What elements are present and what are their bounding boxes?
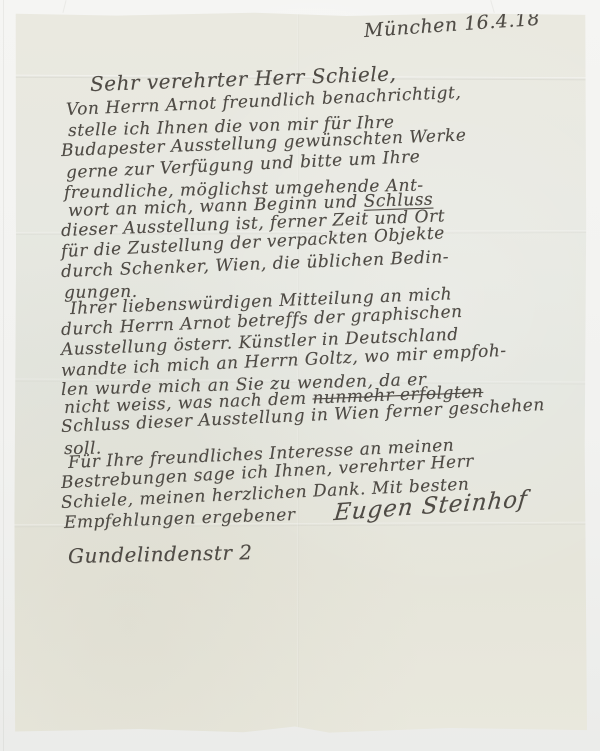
- backdrop-crease-right: [490, 0, 495, 13]
- backdrop-crease-left: [62, 0, 66, 13]
- paragraph-3: Für Ihre freundliches Interesse an meine…: [14, 12, 587, 733]
- address-line: Gundelindenstr 2: [68, 540, 253, 568]
- backdrop-edge-line: [3, 0, 4, 751]
- photo-background: München 16.4.18 Sehr verehrter Herr Schi…: [0, 0, 600, 751]
- letter-paper: München 16.4.18 Sehr verehrter Herr Schi…: [14, 12, 587, 733]
